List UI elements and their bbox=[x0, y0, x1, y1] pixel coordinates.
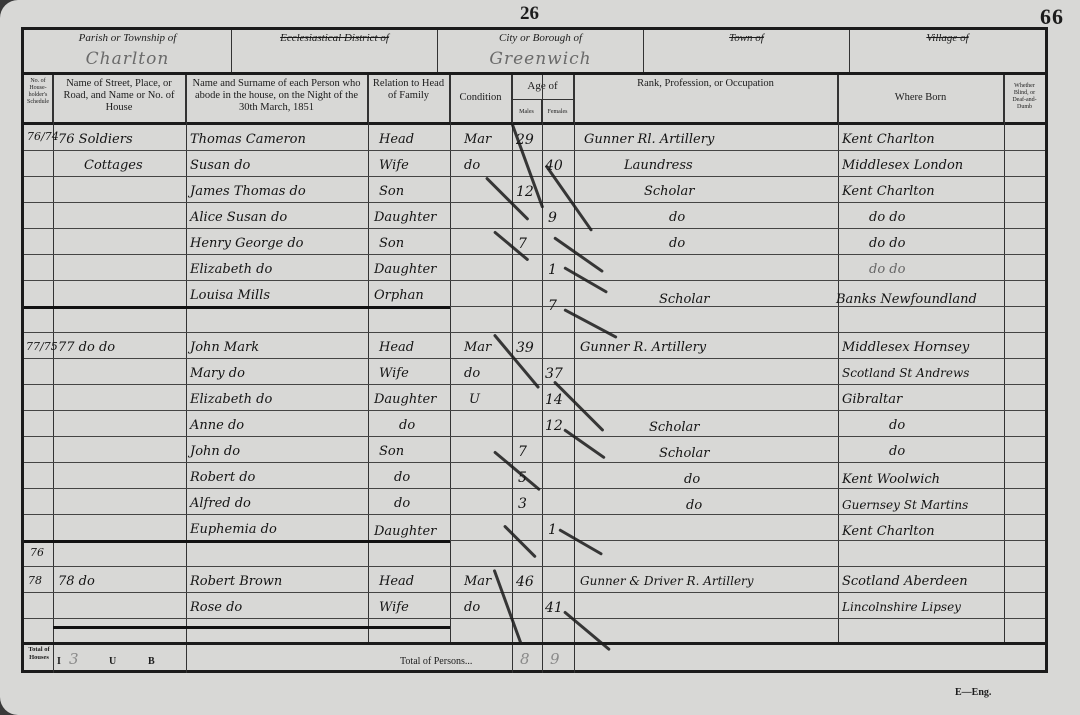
age-female-cell: 37 bbox=[545, 366, 563, 382]
schedule-cell: 78 bbox=[28, 574, 42, 587]
relation-cell: Head bbox=[379, 340, 414, 355]
parish-label: Parish or Township of bbox=[24, 32, 231, 44]
street-cell: Cottages bbox=[84, 158, 143, 173]
occupation-cell: Gunner & Driver R. Artillery bbox=[580, 574, 754, 588]
census-form: Parish or Township of Charlton Ecclesias… bbox=[21, 27, 1048, 673]
relation-cell: Daughter bbox=[374, 210, 436, 225]
name-cell: John Mark bbox=[190, 340, 259, 355]
name-cell: John do bbox=[190, 444, 240, 459]
name-cell: Euphemia do bbox=[190, 522, 277, 537]
birthplace-cell: Middlesex London bbox=[842, 158, 963, 173]
parish-value: Charlton bbox=[24, 49, 231, 69]
footer-code: E—Eng. bbox=[955, 687, 991, 698]
relation-cell: Daughter bbox=[374, 524, 436, 539]
city-label: City or Borough of bbox=[438, 32, 643, 44]
birthplace-cell: Guernsey St Martins bbox=[842, 498, 968, 512]
total-houses-label: Total of Houses bbox=[25, 646, 53, 662]
relation-cell: Head bbox=[379, 574, 414, 589]
condition-cell: do bbox=[464, 600, 480, 615]
condition-cell: Mar bbox=[464, 574, 491, 589]
street-cell: 77 do do bbox=[58, 340, 115, 355]
street-cell: 78 do bbox=[58, 574, 95, 589]
total-persons-label: Total of Persons... bbox=[400, 656, 472, 667]
age-female-cell: 7 bbox=[548, 298, 557, 314]
name-cell: Robert do bbox=[190, 470, 255, 485]
condition-cell: U bbox=[469, 392, 480, 407]
condition-cell: do bbox=[464, 158, 480, 173]
parish-field: Parish or Township of Charlton bbox=[24, 30, 232, 72]
tally-mark bbox=[563, 308, 617, 339]
age-male-cell: 46 bbox=[516, 574, 534, 590]
inhabited-value: 3 bbox=[69, 650, 79, 668]
inhabited-label: I bbox=[57, 656, 61, 667]
birthplace-cell: do do bbox=[869, 236, 905, 251]
name-cell: Alfred do bbox=[190, 496, 251, 511]
tally-mark bbox=[493, 450, 541, 491]
name-cell: Robert Brown bbox=[190, 574, 282, 589]
birthplace-cell: do bbox=[889, 418, 905, 433]
birthplace-cell: Kent Charlton bbox=[842, 524, 935, 539]
village-field: Village of bbox=[850, 30, 1045, 72]
schedule-cell: 77/75 bbox=[26, 340, 58, 353]
census-page: 26 66 E—Eng. Parish or Township of Charl… bbox=[0, 0, 1080, 715]
age-female-cell: 1 bbox=[548, 522, 557, 538]
birthplace-cell: do do bbox=[869, 262, 905, 277]
birthplace-cell: Kent Charlton bbox=[842, 184, 935, 199]
birthplace-cell: Lincolnshire Lipsey bbox=[842, 600, 961, 614]
street-cell: 76 Soldiers bbox=[58, 132, 133, 147]
col-condition: Condition bbox=[450, 75, 512, 122]
city-value: Greenwich bbox=[438, 49, 643, 69]
ecclesiastical-label: Ecclesiastical District of bbox=[232, 32, 437, 44]
birthplace-cell: Gibraltar bbox=[842, 392, 902, 407]
birthplace-cell: Scotland St Andrews bbox=[842, 366, 969, 380]
col-street: Name of Street, Place, or Road, and Name… bbox=[53, 75, 186, 122]
relation-cell: Head bbox=[379, 132, 414, 147]
birthplace-cell: do do bbox=[869, 210, 905, 225]
occupation-cell: Scholar bbox=[649, 420, 700, 435]
age-female-cell: 41 bbox=[545, 600, 563, 616]
condition-cell: do bbox=[464, 366, 480, 381]
age-female-cell: 14 bbox=[545, 392, 563, 408]
age-male-cell: 3 bbox=[518, 496, 527, 512]
location-header: Parish or Township of Charlton Ecclesias… bbox=[24, 30, 1045, 75]
occupation-cell: Laundress bbox=[624, 158, 693, 173]
age-male-cell: 7 bbox=[518, 236, 527, 252]
occupation-cell: Gunner R. Artillery bbox=[580, 340, 706, 355]
condition-cell: Mar bbox=[464, 132, 491, 147]
name-cell: Rose do bbox=[190, 600, 242, 615]
col-blind: Whether Blind, or Deaf-and-Dumb bbox=[1004, 75, 1045, 122]
relation-cell: Wife bbox=[379, 366, 409, 381]
occupation-cell: do bbox=[684, 472, 700, 487]
name-cell: Louisa Mills bbox=[190, 288, 270, 303]
relation-cell: do bbox=[399, 418, 415, 433]
building-label: B bbox=[148, 656, 155, 667]
occupation-cell: Scholar bbox=[659, 292, 710, 307]
page-number: 26 bbox=[520, 3, 539, 25]
occupation-cell: do bbox=[669, 236, 685, 251]
name-cell: Elizabeth do bbox=[190, 262, 272, 277]
age-male-cell: 39 bbox=[516, 340, 534, 356]
age-female-cell: 9 bbox=[548, 210, 557, 226]
relation-cell: do bbox=[394, 496, 410, 511]
ecclesiastical-field: Ecclesiastical District of bbox=[232, 30, 438, 72]
col-males: Males bbox=[512, 99, 542, 122]
occupation-cell: Scholar bbox=[659, 446, 710, 461]
col-schedule: No. of House-holder's Schedule bbox=[24, 75, 53, 122]
name-cell: Henry George do bbox=[190, 236, 304, 251]
schedule-cell: 76 bbox=[30, 546, 44, 559]
females-total: 9 bbox=[550, 650, 560, 668]
col-born: Where Born bbox=[838, 75, 1004, 122]
age-female-cell: 1 bbox=[548, 262, 557, 278]
relation-cell: Wife bbox=[379, 600, 409, 615]
col-age: Age of bbox=[512, 75, 574, 99]
col-relation: Relation to Head of Family bbox=[368, 75, 450, 122]
relation-cell: Wife bbox=[379, 158, 409, 173]
schedule-cell: 76/74 bbox=[27, 130, 59, 143]
city-field: City or Borough of Greenwich bbox=[438, 30, 644, 72]
relation-cell: Son bbox=[379, 444, 404, 459]
birthplace-cell: Scotland Aberdeen bbox=[842, 574, 968, 589]
name-cell: Mary do bbox=[190, 366, 245, 381]
tally-mark bbox=[503, 524, 537, 558]
condition-cell: Mar bbox=[464, 340, 491, 355]
birthplace-cell: Banks Newfoundland bbox=[836, 292, 977, 307]
birthplace-cell: do bbox=[889, 444, 905, 459]
col-name: Name and Surname of each Person who abod… bbox=[186, 75, 368, 122]
town-field: Town of bbox=[644, 30, 850, 72]
tally-mark bbox=[563, 428, 606, 459]
occupation-cell: do bbox=[669, 210, 685, 225]
birthplace-cell: Kent Woolwich bbox=[842, 472, 940, 487]
name-cell: James Thomas do bbox=[190, 184, 306, 199]
village-label: Village of bbox=[850, 32, 1045, 44]
males-total: 8 bbox=[520, 650, 530, 668]
birthplace-cell: Middlesex Hornsey bbox=[842, 340, 969, 355]
tally-mark bbox=[558, 528, 603, 556]
birthplace-cell: Kent Charlton bbox=[842, 132, 935, 147]
relation-cell: Son bbox=[379, 184, 404, 199]
town-label: Town of bbox=[644, 32, 849, 44]
header-rule bbox=[24, 122, 1045, 125]
occupation-cell: Scholar bbox=[644, 184, 695, 199]
relation-cell: Son bbox=[379, 236, 404, 251]
col-occupation: Rank, Profession, or Occupation bbox=[574, 75, 838, 122]
relation-cell: Orphan bbox=[374, 288, 424, 303]
uninhabited-label: U bbox=[109, 656, 116, 667]
relation-cell: Daughter bbox=[374, 392, 436, 407]
name-cell: Elizabeth do bbox=[190, 392, 272, 407]
age-male-cell: 7 bbox=[518, 444, 527, 460]
occupation-cell: Gunner Rl. Artillery bbox=[584, 132, 714, 147]
name-cell: Thomas Cameron bbox=[190, 132, 306, 147]
col-females: Females bbox=[542, 99, 574, 122]
name-cell: Alice Susan do bbox=[190, 210, 287, 225]
relation-cell: do bbox=[394, 470, 410, 485]
totals-rule bbox=[24, 642, 1045, 645]
occupation-cell: do bbox=[686, 498, 702, 513]
relation-cell: Daughter bbox=[374, 262, 436, 277]
name-cell: Anne do bbox=[190, 418, 244, 433]
tally-mark bbox=[563, 610, 611, 651]
name-cell: Susan do bbox=[190, 158, 250, 173]
age-male-cell: 12 bbox=[516, 184, 534, 200]
age-female-cell: 12 bbox=[545, 418, 563, 434]
